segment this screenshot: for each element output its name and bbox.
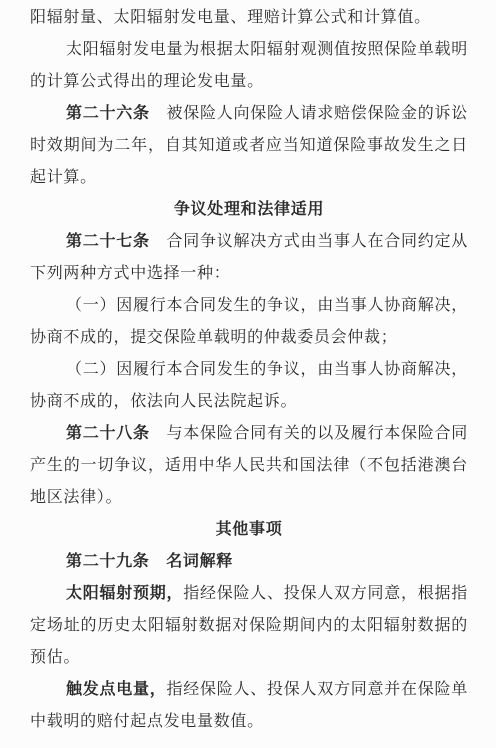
clause-continuation: 阳辐射量、太阳辐射发电量、理赔计算公式和计算值。 — [30, 2, 468, 34]
clause-article-29: 第二十九条 名词解释 — [30, 546, 468, 578]
text-segment: 第二十八条 — [66, 425, 150, 442]
text-segment: 第二十六条 — [66, 105, 150, 122]
text-segment: 触发点电量， — [66, 681, 167, 698]
text-segment: 争议处理和法律适用 — [174, 201, 324, 218]
clause-item-2: （二）因履行本合同发生的争议，由当事人协商解决，协商不成的，依法向人民法院起诉。 — [30, 354, 468, 418]
section-heading-dispute: 争议处理和法律适用 — [30, 194, 468, 226]
text-segment: 第二十九条 名词解释 — [66, 553, 233, 570]
clause-article-28: 第二十八条 与本保险合同有关的以及履行本保险合同产生的一切争议，适用中华人民共和… — [30, 418, 468, 514]
text-segment: 太阳辐射预期， — [66, 585, 183, 602]
clause-article-27: 第二十七条 合同争议解决方式由当事人在合同约定从下列两种方式中选择一种： — [30, 226, 468, 290]
clause-item-1: （一）因履行本合同发生的争议，由当事人协商解决，协商不成的，提交保险单载明的仲裁… — [30, 290, 468, 354]
text-segment: 其他事项 — [216, 521, 283, 538]
document-body: 阳辐射量、太阳辐射发电量、理赔计算公式和计算值。太阳辐射发电量为根据太阳辐射观测… — [30, 2, 468, 738]
text-segment: （一）因履行本合同发生的争议，由当事人协商解决，协商不成的，提交保险单载明的仲裁… — [30, 297, 468, 346]
text-segment: 太阳辐射发电量为根据太阳辐射观测值按照保险单载明的计算公式得出的理论发电量。 — [30, 41, 468, 90]
document-page: 阳辐射量、太阳辐射发电量、理赔计算公式和计算值。太阳辐射发电量为根据太阳辐射观测… — [0, 0, 496, 748]
section-heading-other: 其他事项 — [30, 514, 468, 546]
clause-paragraph: 太阳辐射发电量为根据太阳辐射观测值按照保险单载明的计算公式得出的理论发电量。 — [30, 34, 468, 98]
definition-trigger-point-power: 触发点电量，指经保险人、投保人双方同意并在保险单中载明的赔付起点发电量数值。 — [30, 674, 468, 738]
text-segment: 第二十七条 — [66, 233, 150, 250]
definition-solar-radiation-expectation: 太阳辐射预期，指经保险人、投保人双方同意，根据指定场址的历史太阳辐射数据对保险期… — [30, 578, 468, 674]
clause-article-26: 第二十六条 被保险人向保险人请求赔偿保险金的诉讼时效期间为二年，自其知道或者应当… — [30, 98, 468, 194]
text-segment: （二）因履行本合同发生的争议，由当事人协商解决，协商不成的，依法向人民法院起诉。 — [30, 361, 468, 410]
text-segment: 阳辐射量、太阳辐射发电量、理赔计算公式和计算值。 — [30, 9, 431, 26]
